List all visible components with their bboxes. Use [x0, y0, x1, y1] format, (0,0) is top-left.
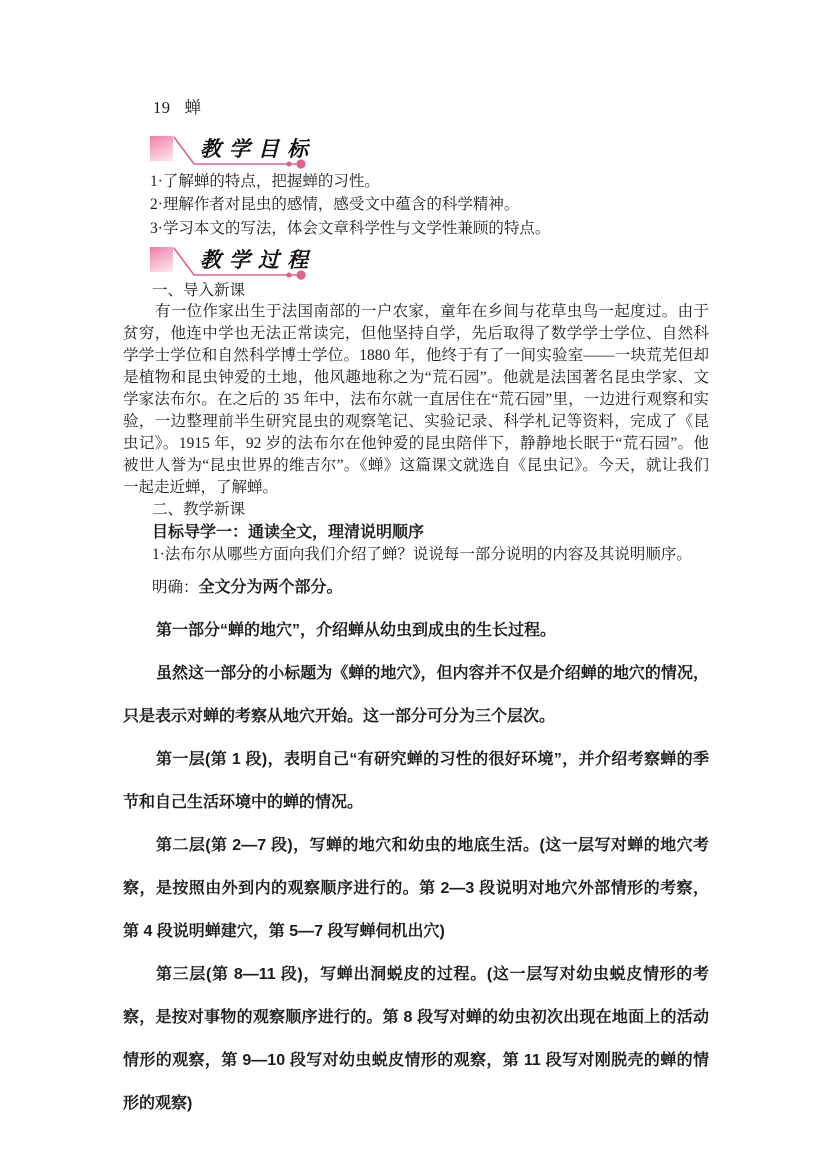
- objectives-list: 1·了解蝉的特点，把握蝉的习性。 2·理解作者对昆虫的感情，感受文中蕴含的科学精…: [123, 170, 709, 240]
- document-page: 19蝉 教学目标 1·了解蝉的特点，把握蝉的习性。 2·理解作者对昆虫的感情，感…: [0, 0, 827, 1169]
- answer-paragraph: 第二层(第 2—7 段)，写蝉的地穴和幼虫的地底生活。(这一层写对蝉的地穴考察，…: [123, 824, 709, 953]
- banner-title-objectives: 教学目标: [200, 135, 316, 163]
- answer-lead: 明确：全文分为两个部分。: [123, 566, 709, 609]
- intro-paragraph: 有一位作家出生于法国南部的一户农家，童年在乡间与花草虫鸟一起度过。由于贫穷，他连…: [123, 301, 709, 499]
- answer-paragraph: 第一层(第 1 段)，表明自己“有研究蝉的习性的很好环境”，并介绍考察蝉的季节和…: [123, 738, 709, 824]
- objective-item: 1·了解蝉的特点，把握蝉的习性。: [150, 170, 709, 193]
- answer-label: 明确：: [152, 579, 199, 596]
- goal-heading: 目标导学一：通读全文，理清说明顺序: [123, 521, 709, 544]
- answer-paragraph: 第一部分“蝉的地穴”，介绍蝉从幼虫到成虫的生长过程。: [123, 609, 709, 652]
- answer-paragraph: 第三层(第 8—11 段)，写蝉出洞蜕皮的过程。(这一层写对幼虫蜕皮情形的考察，…: [123, 953, 709, 1125]
- lesson-name: 蝉: [185, 98, 202, 117]
- lesson-title: 19蝉: [123, 98, 709, 117]
- objective-item: 2·理解作者对昆虫的感情，感受文中蕴含的科学精神。: [150, 193, 709, 216]
- section-banner-process: 教学过程: [123, 245, 709, 278]
- banner-title-process: 教学过程: [200, 246, 316, 274]
- answer-summary: 全文分为两个部分。: [199, 579, 343, 596]
- lesson-number: 19: [153, 98, 171, 117]
- answer-block: 明确：全文分为两个部分。 第一部分“蝉的地穴”，介绍蝉从幼虫到成虫的生长过程。 …: [123, 566, 709, 1125]
- document-content: 19蝉 教学目标 1·了解蝉的特点，把握蝉的习性。 2·理解作者对昆虫的感情，感…: [123, 98, 709, 1125]
- section-heading-intro: 一、导入新课: [123, 280, 709, 301]
- objective-item: 3·学习本文的写法，体会文章科学性与文学性兼顾的特点。: [150, 217, 709, 240]
- question-text: 1·法布尔从哪些方面向我们介绍了蝉？说说每一部分说明的内容及其说明顺序。: [123, 544, 709, 566]
- answer-paragraph: 虽然这一部分的小标题为《蝉的地穴》，但内容并不仅是介绍蝉的地穴的情况，只是表示对…: [123, 652, 709, 738]
- section-heading-new-lesson: 二、教学新课: [123, 499, 709, 521]
- section-banner-objectives: 教学目标: [123, 134, 709, 167]
